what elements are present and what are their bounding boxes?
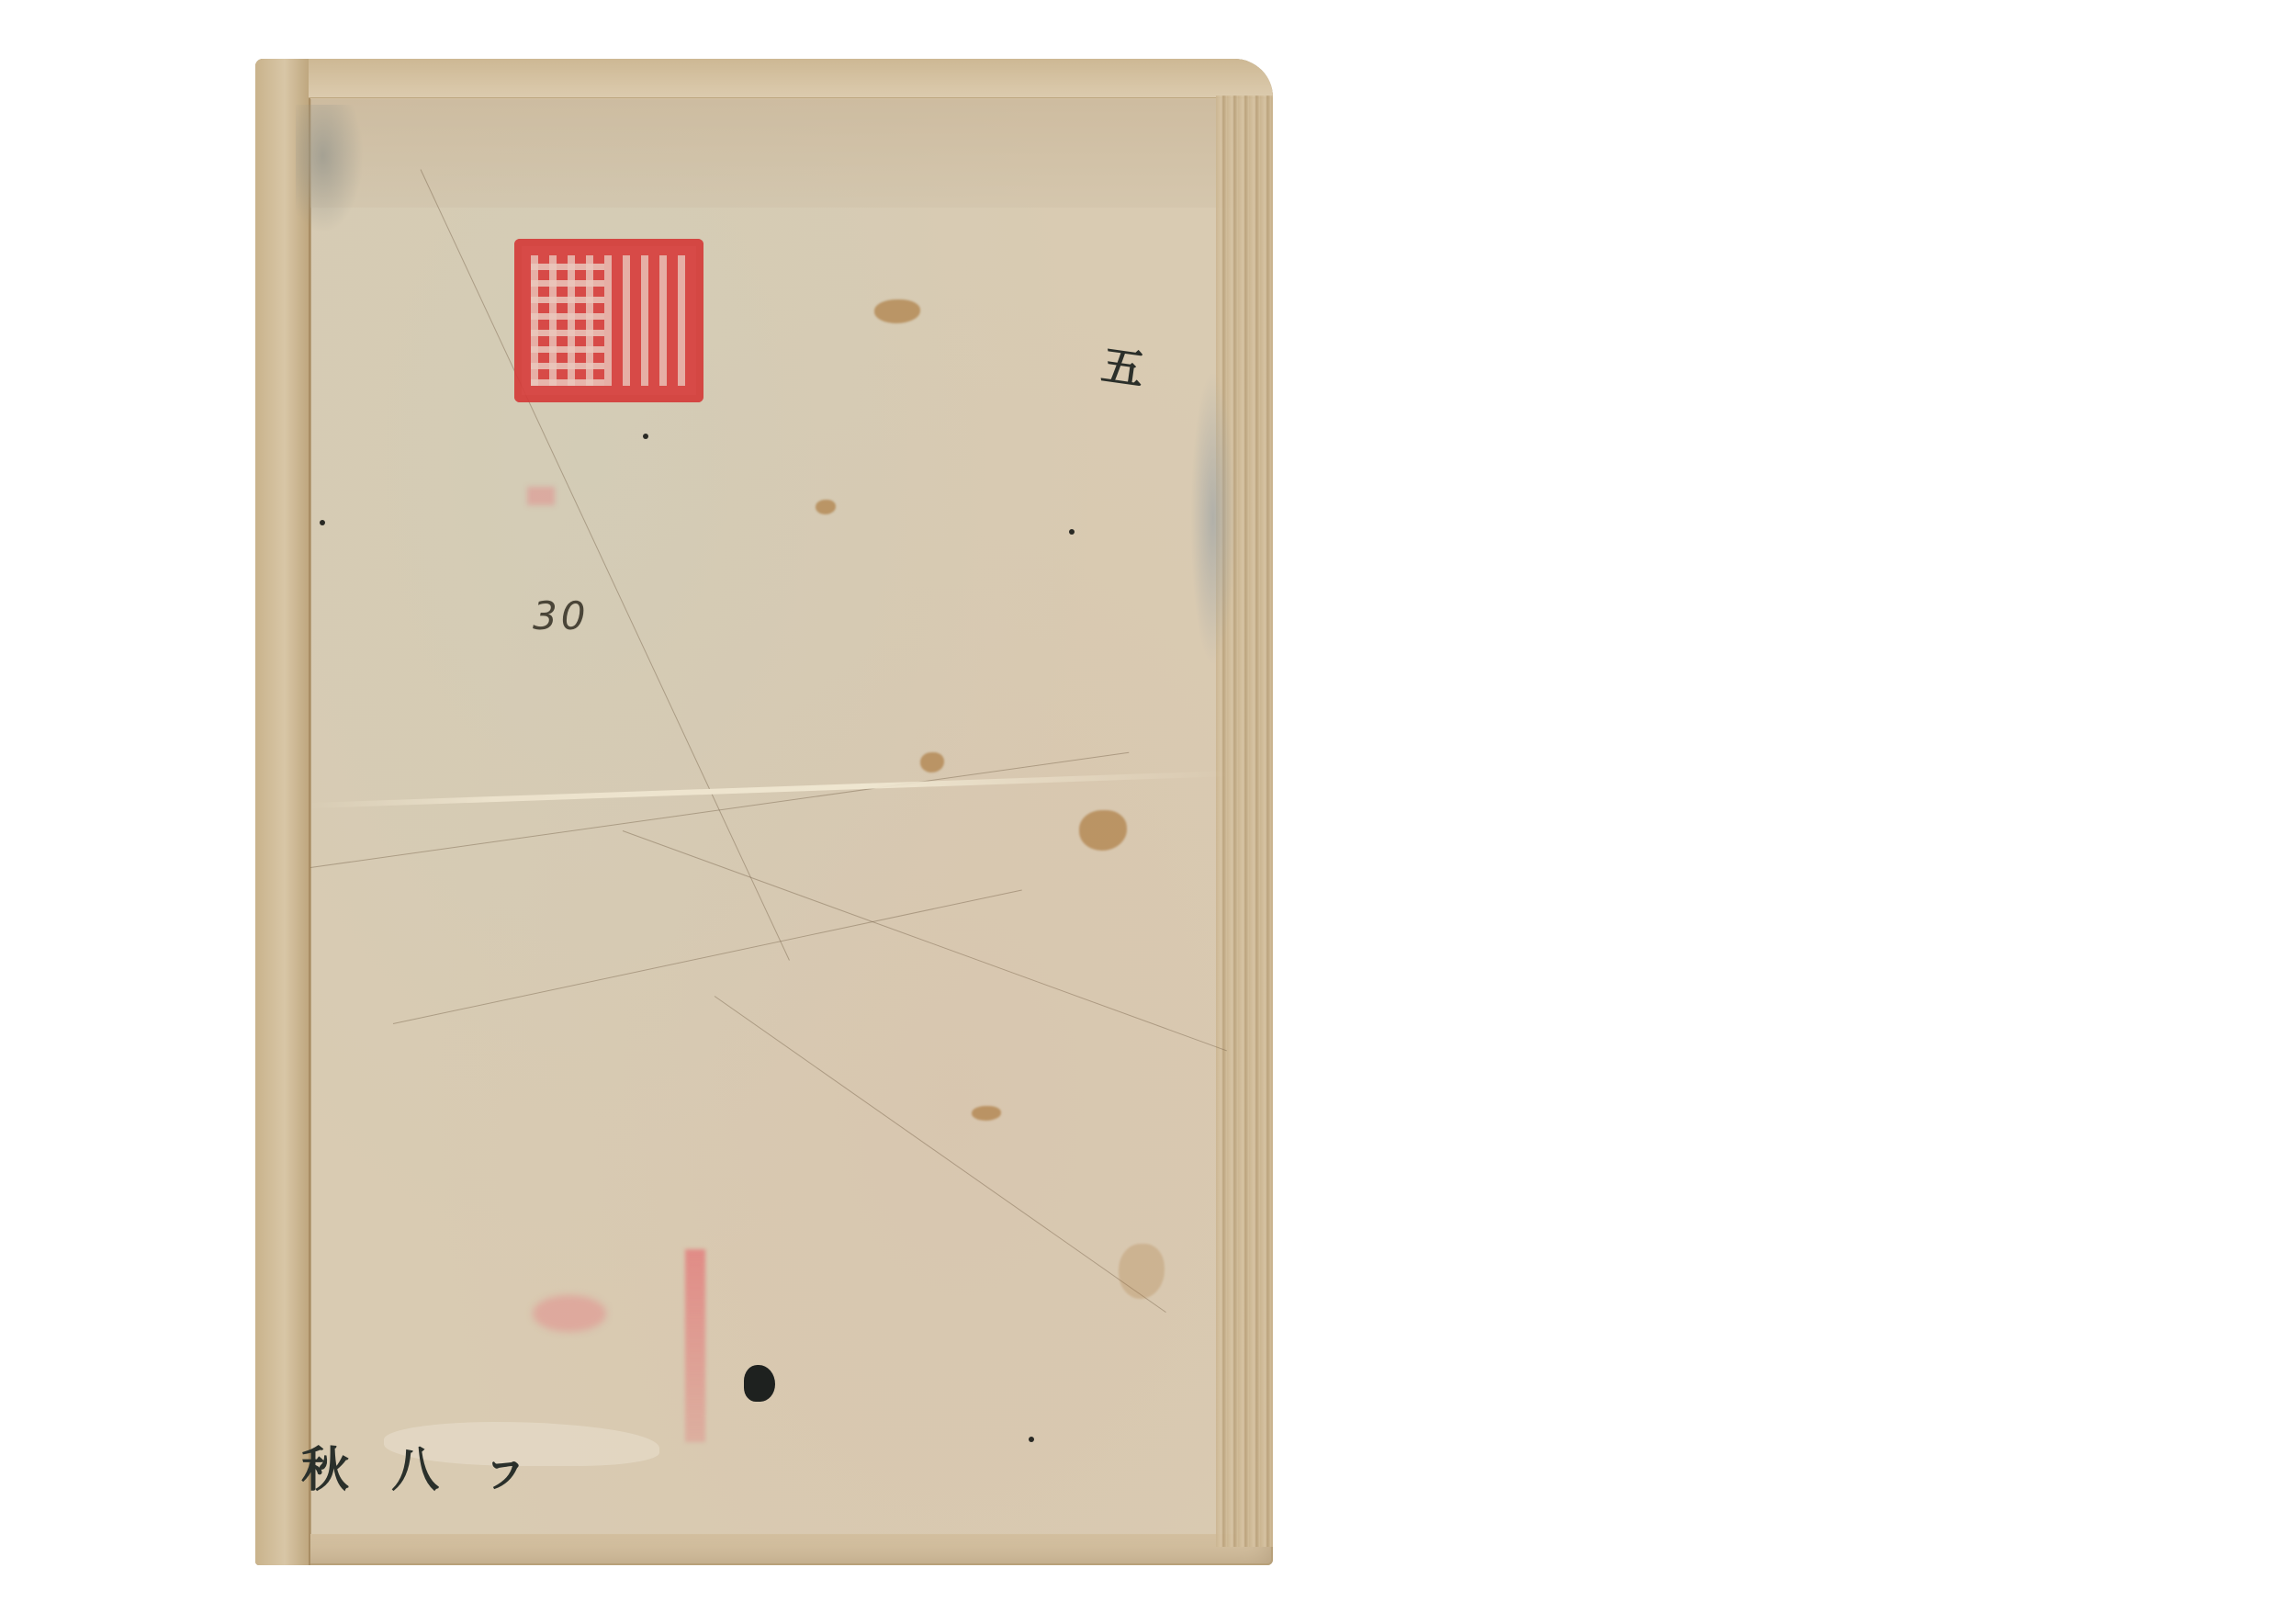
grey-stain — [296, 105, 364, 233]
ink-dot — [1029, 1437, 1034, 1442]
handwritten-number: 30 — [533, 593, 589, 638]
top-right-character: 五 — [1098, 332, 1149, 398]
red-streak — [685, 1249, 705, 1442]
ink-spot — [744, 1365, 775, 1402]
upper-strip — [310, 99, 1236, 208]
ink-dot — [643, 434, 648, 439]
ink-dot — [1069, 529, 1075, 535]
red-blotch — [533, 1295, 606, 1332]
grey-stain-right — [1190, 371, 1236, 665]
top-band — [309, 59, 1273, 98]
seal-pattern — [531, 255, 604, 386]
ink-dot — [320, 520, 325, 525]
red-mark — [527, 487, 555, 505]
bottom-left-characters: 秋 八 ㇷ — [301, 1431, 542, 1500]
spine-band — [255, 59, 310, 1565]
frayed-right-edge — [1216, 96, 1273, 1547]
red-seal-stamp: seal script characters — [514, 239, 703, 402]
book-cover: seal script characters 五 30 秋 八 ㇷ — [255, 59, 1273, 1565]
